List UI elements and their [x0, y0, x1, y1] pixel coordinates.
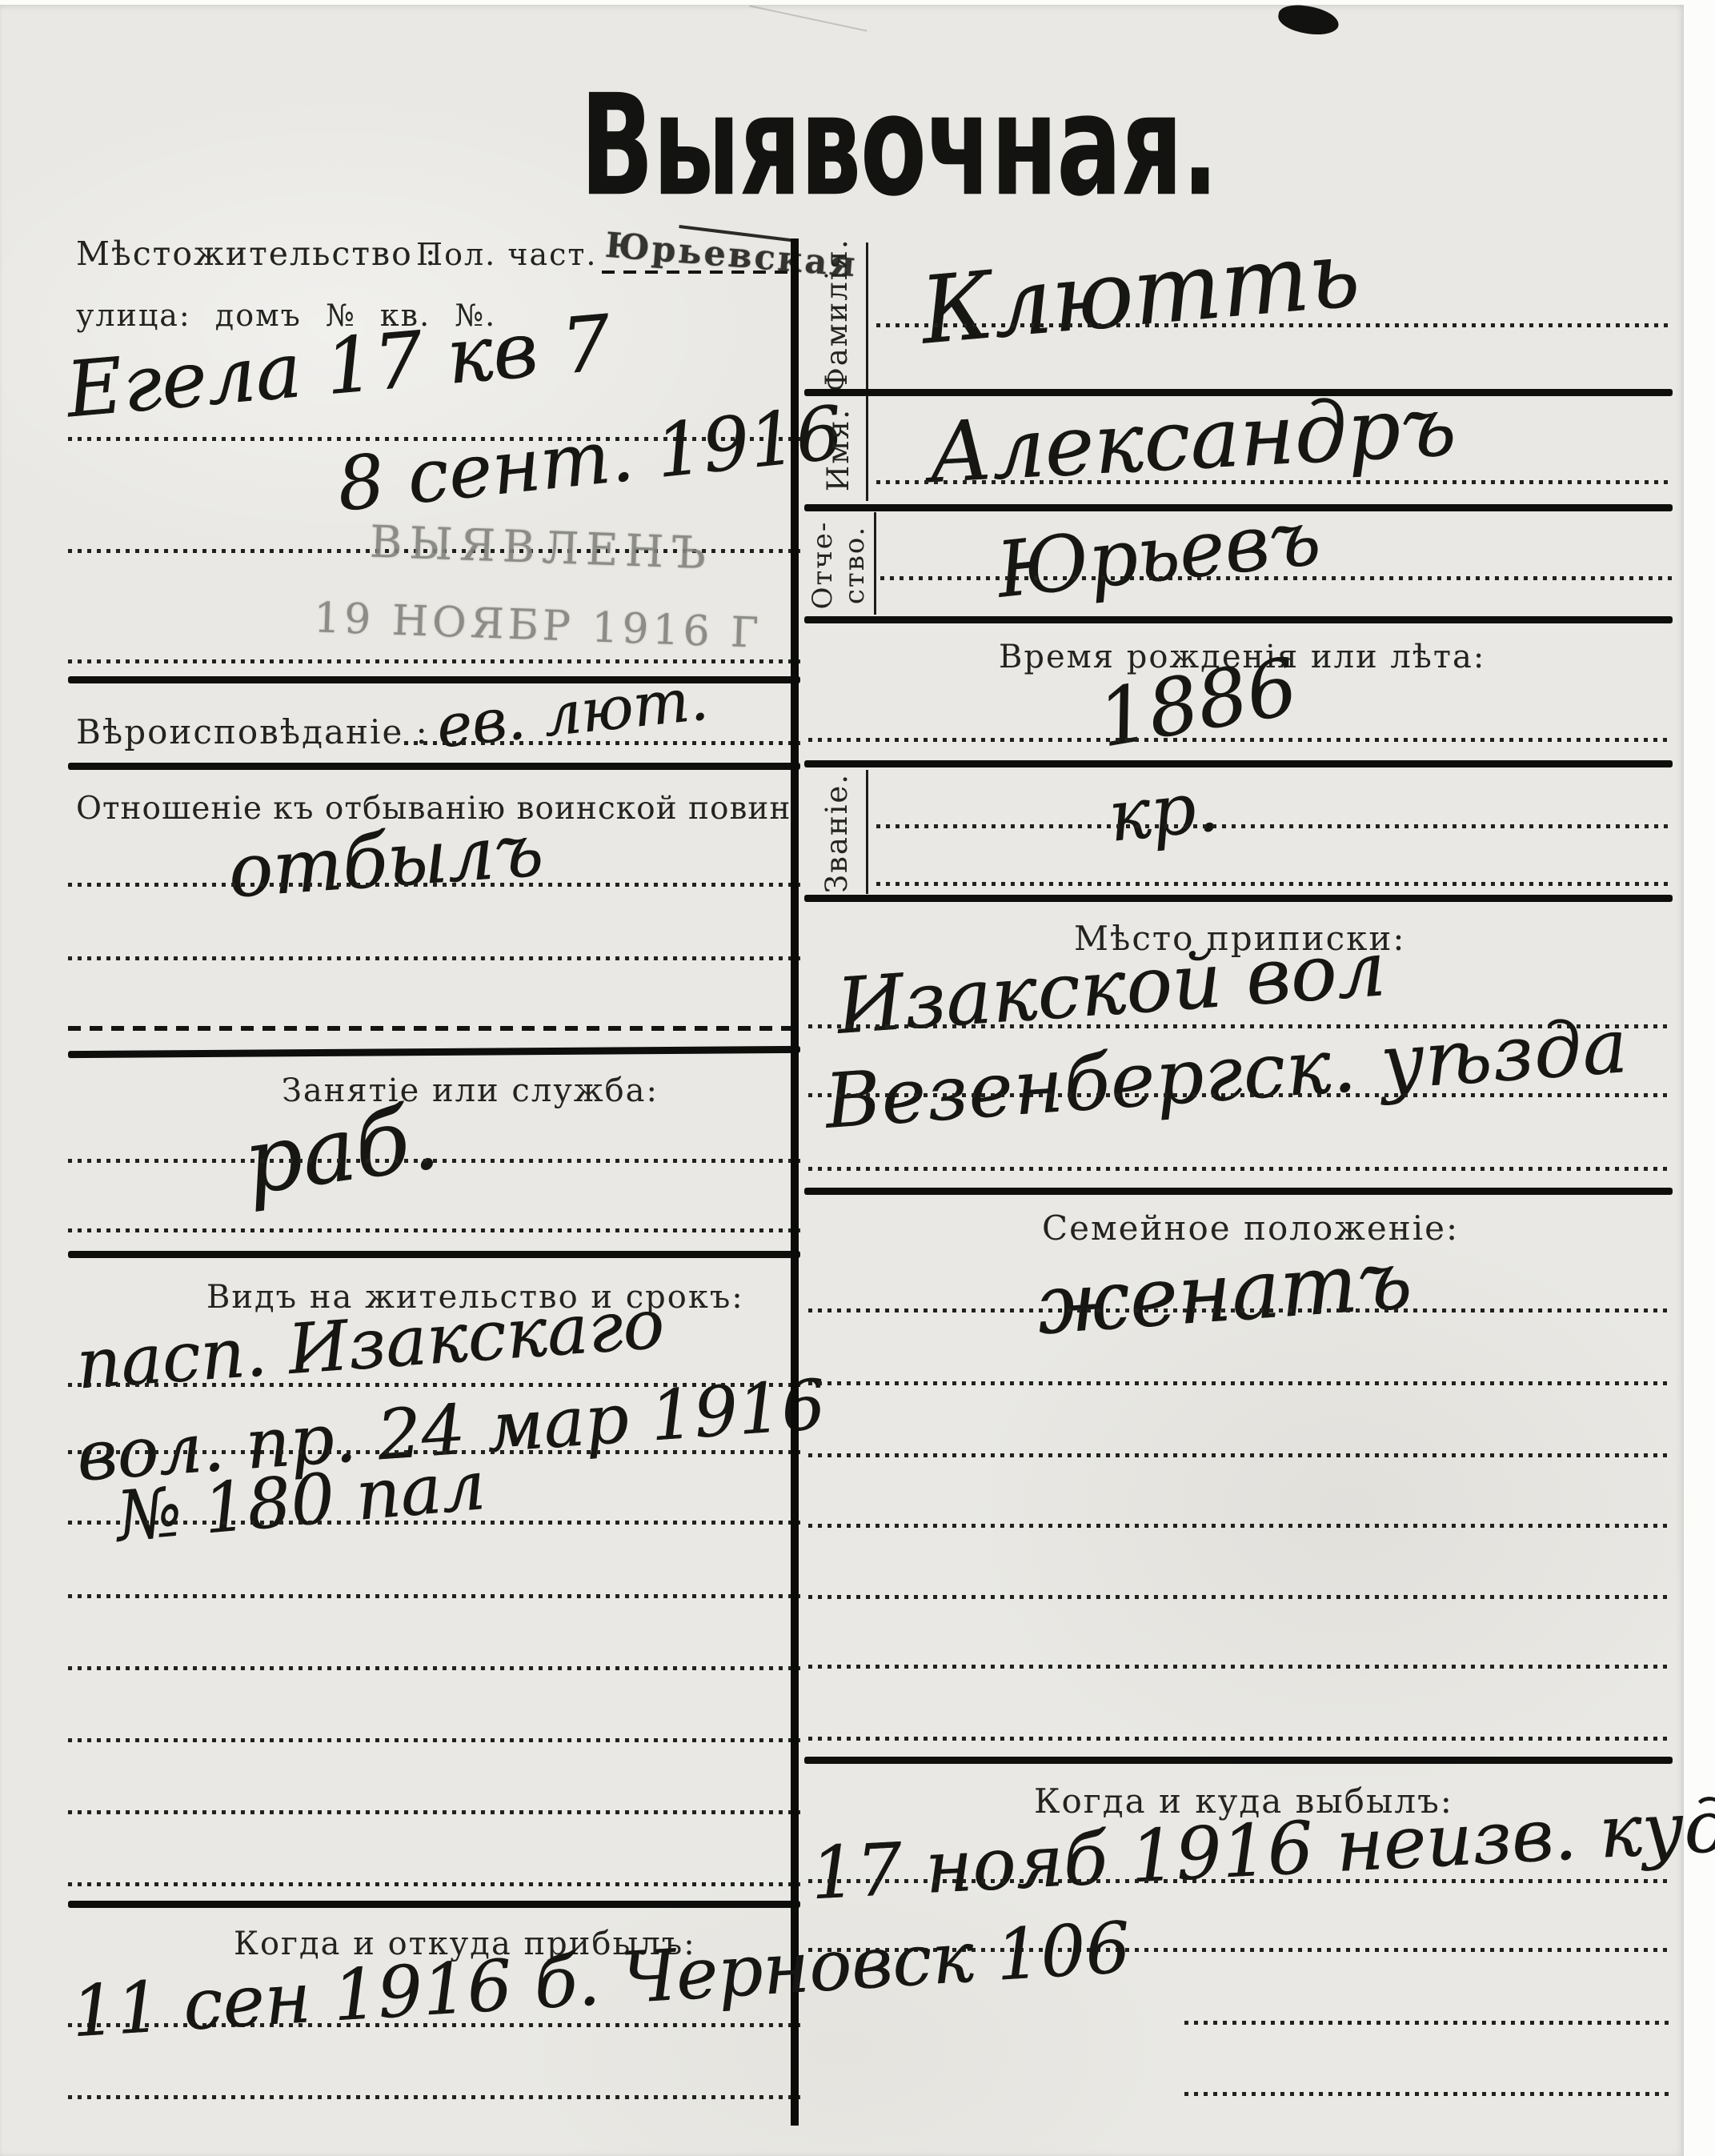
ruled-line — [68, 1228, 800, 1232]
ruled-line — [808, 1453, 1673, 1457]
form-title: Выявочная. — [580, 64, 1217, 227]
section-divider — [804, 1188, 1673, 1195]
ruled-line — [880, 576, 1673, 580]
ruled-line — [68, 1666, 800, 1670]
ruled-line — [808, 1665, 1673, 1669]
ruled-line — [68, 1594, 800, 1598]
ruled-line — [404, 741, 800, 745]
ruled-line — [808, 1595, 1673, 1599]
label-cell-line — [866, 242, 868, 389]
ruled-line — [68, 883, 800, 887]
residence-label: Мѣстожительство : — [76, 234, 438, 273]
first-name-label: Имя. — [821, 402, 855, 498]
ruled-line — [1184, 2021, 1673, 2025]
ruled-line — [808, 1308, 1673, 1312]
ruled-line-dashed — [68, 1026, 800, 1031]
residence-part-label: Пол. част. — [416, 237, 597, 272]
ruled-line — [68, 956, 800, 960]
label-cell-line — [866, 770, 868, 894]
section-divider — [804, 760, 1673, 767]
section-divider — [68, 1901, 800, 1908]
section-divider — [804, 1757, 1673, 1764]
ruled-line — [68, 2095, 800, 2099]
ruled-line — [808, 1167, 1673, 1171]
ruled-line — [68, 1882, 800, 1886]
section-divider — [68, 1251, 800, 1258]
section-divider — [68, 763, 800, 770]
rank-label: Званіе. — [819, 773, 854, 893]
ruled-line — [808, 1524, 1673, 1528]
ruled-line — [68, 1159, 800, 1163]
ruled-line — [68, 1810, 800, 1814]
ruled-line — [876, 480, 1673, 484]
section-divider — [804, 616, 1673, 623]
surname-label: Фамилія. — [819, 244, 854, 392]
ruled-line — [808, 1879, 1673, 1883]
patronymic-label-line1: Отче- — [807, 514, 839, 616]
ruled-line — [68, 1738, 800, 1742]
ruled-line — [876, 882, 1673, 886]
section-divider — [804, 895, 1673, 902]
ruled-line — [808, 1737, 1673, 1741]
ruled-line — [1184, 2092, 1673, 2096]
ruled-line — [808, 1093, 1673, 1097]
ruled-line — [68, 1521, 800, 1525]
column-divider — [791, 238, 799, 2126]
rank-handwriting: кр. — [1104, 764, 1222, 858]
label-cell-line — [874, 512, 876, 615]
ruled-line — [876, 824, 1673, 828]
patronymic-label-line2: ство. — [839, 514, 871, 616]
label-cell-line — [866, 395, 868, 501]
scanned-document: Выявочная. Мѣстожительство : Пол. част. … — [0, 0, 1715, 2156]
ruled-line — [68, 659, 800, 663]
ruled-line — [876, 323, 1673, 327]
ruled-line — [808, 738, 1673, 742]
religion-label: Вѣроисповѣданіе : — [76, 712, 429, 751]
ruled-line — [808, 1381, 1673, 1385]
